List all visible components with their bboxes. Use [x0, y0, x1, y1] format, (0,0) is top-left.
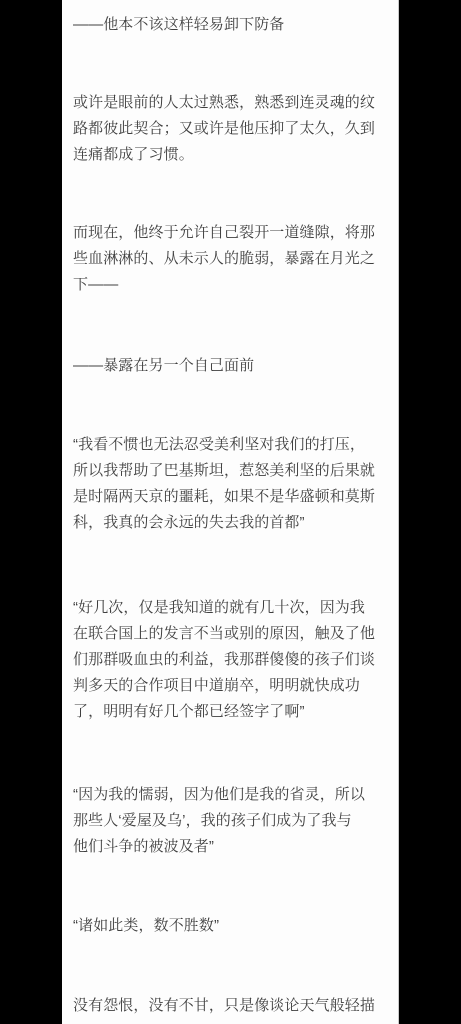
paragraph-3: 而现在，他终于允许自己裂开一道缝隙，将那 些血淋淋的、从未示人的脆弱，暴露在月光… — [73, 220, 390, 298]
text-line: 们那群吸血虫的利益，我那群傻傻的孩子们谈 — [73, 647, 390, 673]
text-line: 判多天的合作项目中道崩卒，明明就快成功 — [73, 673, 390, 699]
story-text: ——他本不该这样轻易卸下防备 或许是眼前的人太过熟悉，熟悉到连灵魂的纹 路都彼此… — [62, 0, 398, 1019]
text-line: “诸如此类，数不胜数” — [73, 913, 390, 939]
text-line: “好几次，仅是我知道的就有几十次，因为我 — [73, 595, 390, 621]
text-line: 他们斗争的被波及者” — [73, 834, 390, 860]
text-line: “我看不惯也无法忍受美利坚对我们的打压， — [73, 432, 390, 458]
text-line: 路都彼此契合；又或许是他压抑了太久，久到 — [73, 116, 390, 142]
paragraph-quote-1: “我看不惯也无法忍受美利坚对我们的打压， 所以我帮助了巴基斯坦，惹怒美利坚的后果… — [73, 432, 390, 536]
text-line: “因为我的懦弱，因为他们是我的省灵，所以 — [73, 782, 390, 808]
text-line: 是时隔两天京的噩耗，如果不是华盛顿和莫斯 — [73, 484, 390, 510]
text-line: 在联合国上的发言不当或别的原因，触及了他 — [73, 621, 390, 647]
text-line: 连痛都成了习惯。 — [73, 142, 390, 168]
text-line: 科，我真的会永远的失去我的首都” — [73, 510, 390, 536]
text-line: 下—— — [73, 272, 390, 298]
text-line: 那些人‘爱屋及乌’，我的孩子们成为了我与 — [73, 808, 390, 834]
reading-page: ——他本不该这样轻易卸下防备 或许是眼前的人太过熟悉，熟悉到连灵魂的纹 路都彼此… — [62, 0, 399, 1024]
text-line: 或许是眼前的人太过熟悉，熟悉到连灵魂的纹 — [73, 90, 390, 116]
paragraph-quote-3: “因为我的懦弱，因为他们是我的省灵，所以 那些人‘爱屋及乌’，我的孩子们成为了我… — [73, 782, 390, 860]
text-line: 而现在，他终于允许自己裂开一道缝隙，将那 — [73, 220, 390, 246]
text-line: ——暴露在另一个自己面前 — [73, 353, 390, 379]
paragraph-quote-4: “诸如此类，数不胜数” — [73, 913, 390, 939]
paragraph-dash-line-1: ——他本不该这样轻易卸下防备 — [73, 12, 390, 38]
paragraph-last-partial: 没有怨恨，没有不甘，只是像谈论天气般轻描 — [73, 993, 390, 1019]
text-line: ——他本不该这样轻易卸下防备 — [73, 12, 390, 38]
right-pillarbox-bar — [400, 0, 461, 1024]
text-line: 了，明明有好几个都已经签字了啊” — [73, 699, 390, 725]
screenshot-frame: ——他本不该这样轻易卸下防备 或许是眼前的人太过熟悉，熟悉到连灵魂的纹 路都彼此… — [0, 0, 461, 1024]
paragraph-dash-line-2: ——暴露在另一个自己面前 — [73, 353, 390, 379]
text-line: 些血淋淋的、从未示人的脆弱，暴露在月光之 — [73, 246, 390, 272]
left-pillarbox-bar — [0, 0, 62, 1024]
text-line: 没有怨恨，没有不甘，只是像谈论天气般轻描 — [73, 993, 390, 1019]
paragraph-2: 或许是眼前的人太过熟悉，熟悉到连灵魂的纹 路都彼此契合；又或许是他压抑了太久，久… — [73, 90, 390, 168]
paragraph-quote-2: “好几次，仅是我知道的就有几十次，因为我 在联合国上的发言不当或别的原因，触及了… — [73, 595, 390, 725]
text-line: 所以我帮助了巴基斯坦，惹怒美利坚的后果就 — [73, 458, 390, 484]
